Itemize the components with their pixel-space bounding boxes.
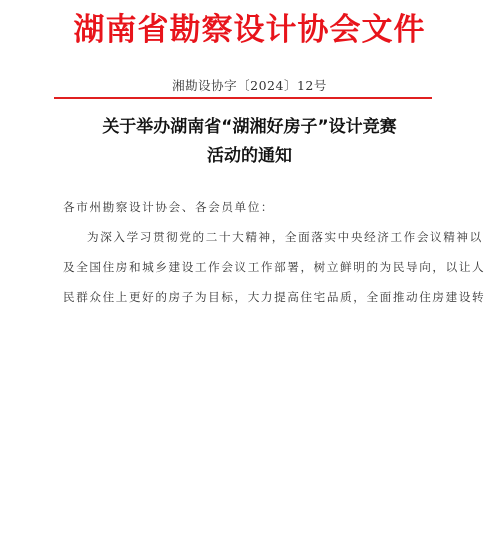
salutation: 各市州勘察设计协会、各会员单位： bbox=[63, 199, 435, 215]
masthead-title: 湖南省勘察设计协会文件 bbox=[0, 8, 499, 52]
notice-title-line-1: 关于举办湖南省“湖湘好房子”设计竞赛 bbox=[0, 113, 499, 142]
intro-line-3: 民群众住上更好的房子为目标，大力提高住宅品质，全面推动住房建设转 bbox=[63, 289, 435, 305]
document-number: 湘勘设协字〔2024〕12号 bbox=[0, 76, 499, 94]
notice-title: 关于举办湖南省“湖湘好房子”设计竞赛 活动的通知 bbox=[0, 113, 499, 171]
red-divider-line bbox=[54, 97, 432, 99]
document-page: 湖南省勘察设计协会文件 湘勘设协字〔2024〕12号 关于举办湖南省“湖湘好房子… bbox=[0, 0, 499, 550]
intro-line-1: 为深入学习贯彻党的二十大精神，全面落实中央经济工作会议精神以 bbox=[87, 229, 459, 245]
intro-line-2: 及全国住房和城乡建设工作会议工作部署，树立鲜明的为民导向，以让人 bbox=[63, 259, 435, 275]
notice-title-line-2: 活动的通知 bbox=[0, 142, 499, 171]
